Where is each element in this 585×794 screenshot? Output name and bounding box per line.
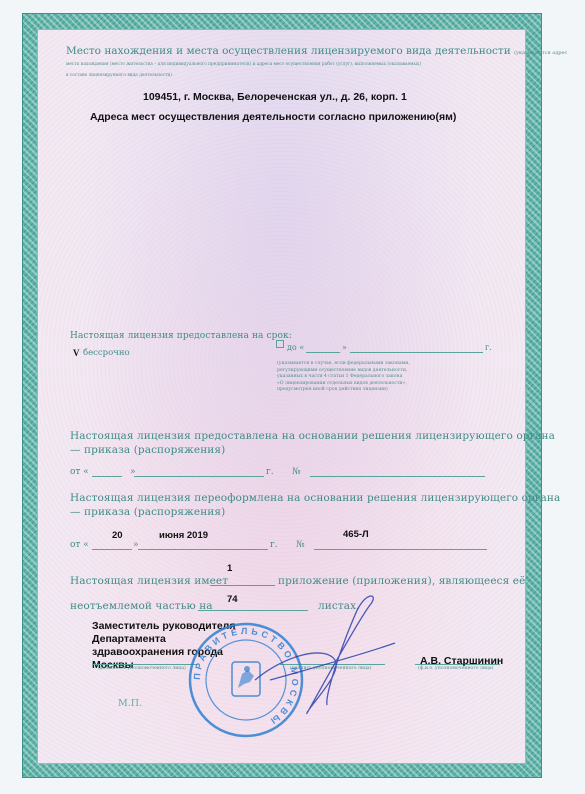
granted-line2: — приказа (распоряжения) <box>70 444 225 456</box>
reissued-from-prefix: от « <box>70 540 89 550</box>
term-indefinite-label: бессрочно <box>83 348 130 358</box>
appendix-count: 1 <box>227 563 232 574</box>
granted-from-prefix: от « <box>70 467 89 477</box>
granted-year-suffix: г. <box>266 467 274 477</box>
reissued-day-line <box>92 549 132 550</box>
until-suffix: г. <box>485 343 492 352</box>
appendix-line1-prefix: Настоящая лицензия имеет <box>70 575 228 587</box>
until-prefix: до « <box>287 343 304 352</box>
term-caption-line: предусмотрен иной срок действия лицензии… <box>277 387 410 394</box>
granted-number-label: № <box>292 467 301 477</box>
term-caption-line: указанных в части 4 статьи 1 Федеральног… <box>277 374 410 381</box>
until-day-line <box>306 352 340 353</box>
signatory-name: А.В. Старшинин <box>420 655 503 667</box>
handwritten-signature-icon <box>215 585 415 720</box>
header-title: Место нахождения и места осуществления л… <box>66 45 567 57</box>
appendix-line2-prefix: неотъемлемой частью на <box>70 600 213 612</box>
header-caption-inline: (указываются адрес <box>514 50 567 56</box>
places-note: Адреса мест осуществления деятельности с… <box>90 111 456 123</box>
reissued-number: 465-Л <box>343 529 369 540</box>
reissued-month-year: июня 2019 <box>159 530 208 541</box>
position-line-underline <box>92 664 197 665</box>
term-label: Настоящая лицензия предоставлена на срок… <box>70 331 292 341</box>
granted-day-line <box>92 476 122 477</box>
term-caption-line: (указывается в случае, если федеральными… <box>277 361 410 368</box>
granted-number-line <box>310 476 485 477</box>
reissued-line2: — приказа (распоряжения) <box>70 506 225 518</box>
header-title-text: Место нахождения и места осуществления л… <box>66 45 511 57</box>
reissued-line1: Настоящая лицензия переоформлена на осно… <box>70 492 560 504</box>
reissued-day: 20 <box>112 530 123 541</box>
header-caption-line2: места нахождения (место жительства – для… <box>66 62 421 69</box>
seal-label: М.П. <box>118 698 142 709</box>
license-address: 109451, г. Москва, Белореченская ул., д.… <box>143 91 407 103</box>
until-checkbox[interactable] <box>276 340 284 348</box>
granted-line1: Настоящая лицензия предоставлена на осно… <box>70 430 555 442</box>
caption-position: (должность уполномоченного лица) <box>98 666 186 673</box>
term-caption: (указывается в случае, если федеральными… <box>277 361 410 394</box>
until-month-line <box>350 352 483 353</box>
reissued-month-line <box>138 549 268 550</box>
reissued-number-label: № <box>296 540 305 550</box>
granted-month-line <box>134 476 264 477</box>
until-mid: » <box>342 343 347 352</box>
reissued-number-line <box>314 549 487 550</box>
header-caption-line3: в составе лицензируемого вида деятельнос… <box>66 73 172 80</box>
indefinite-check-mark: V <box>73 348 80 358</box>
reissued-year-suffix: г. <box>270 540 278 550</box>
